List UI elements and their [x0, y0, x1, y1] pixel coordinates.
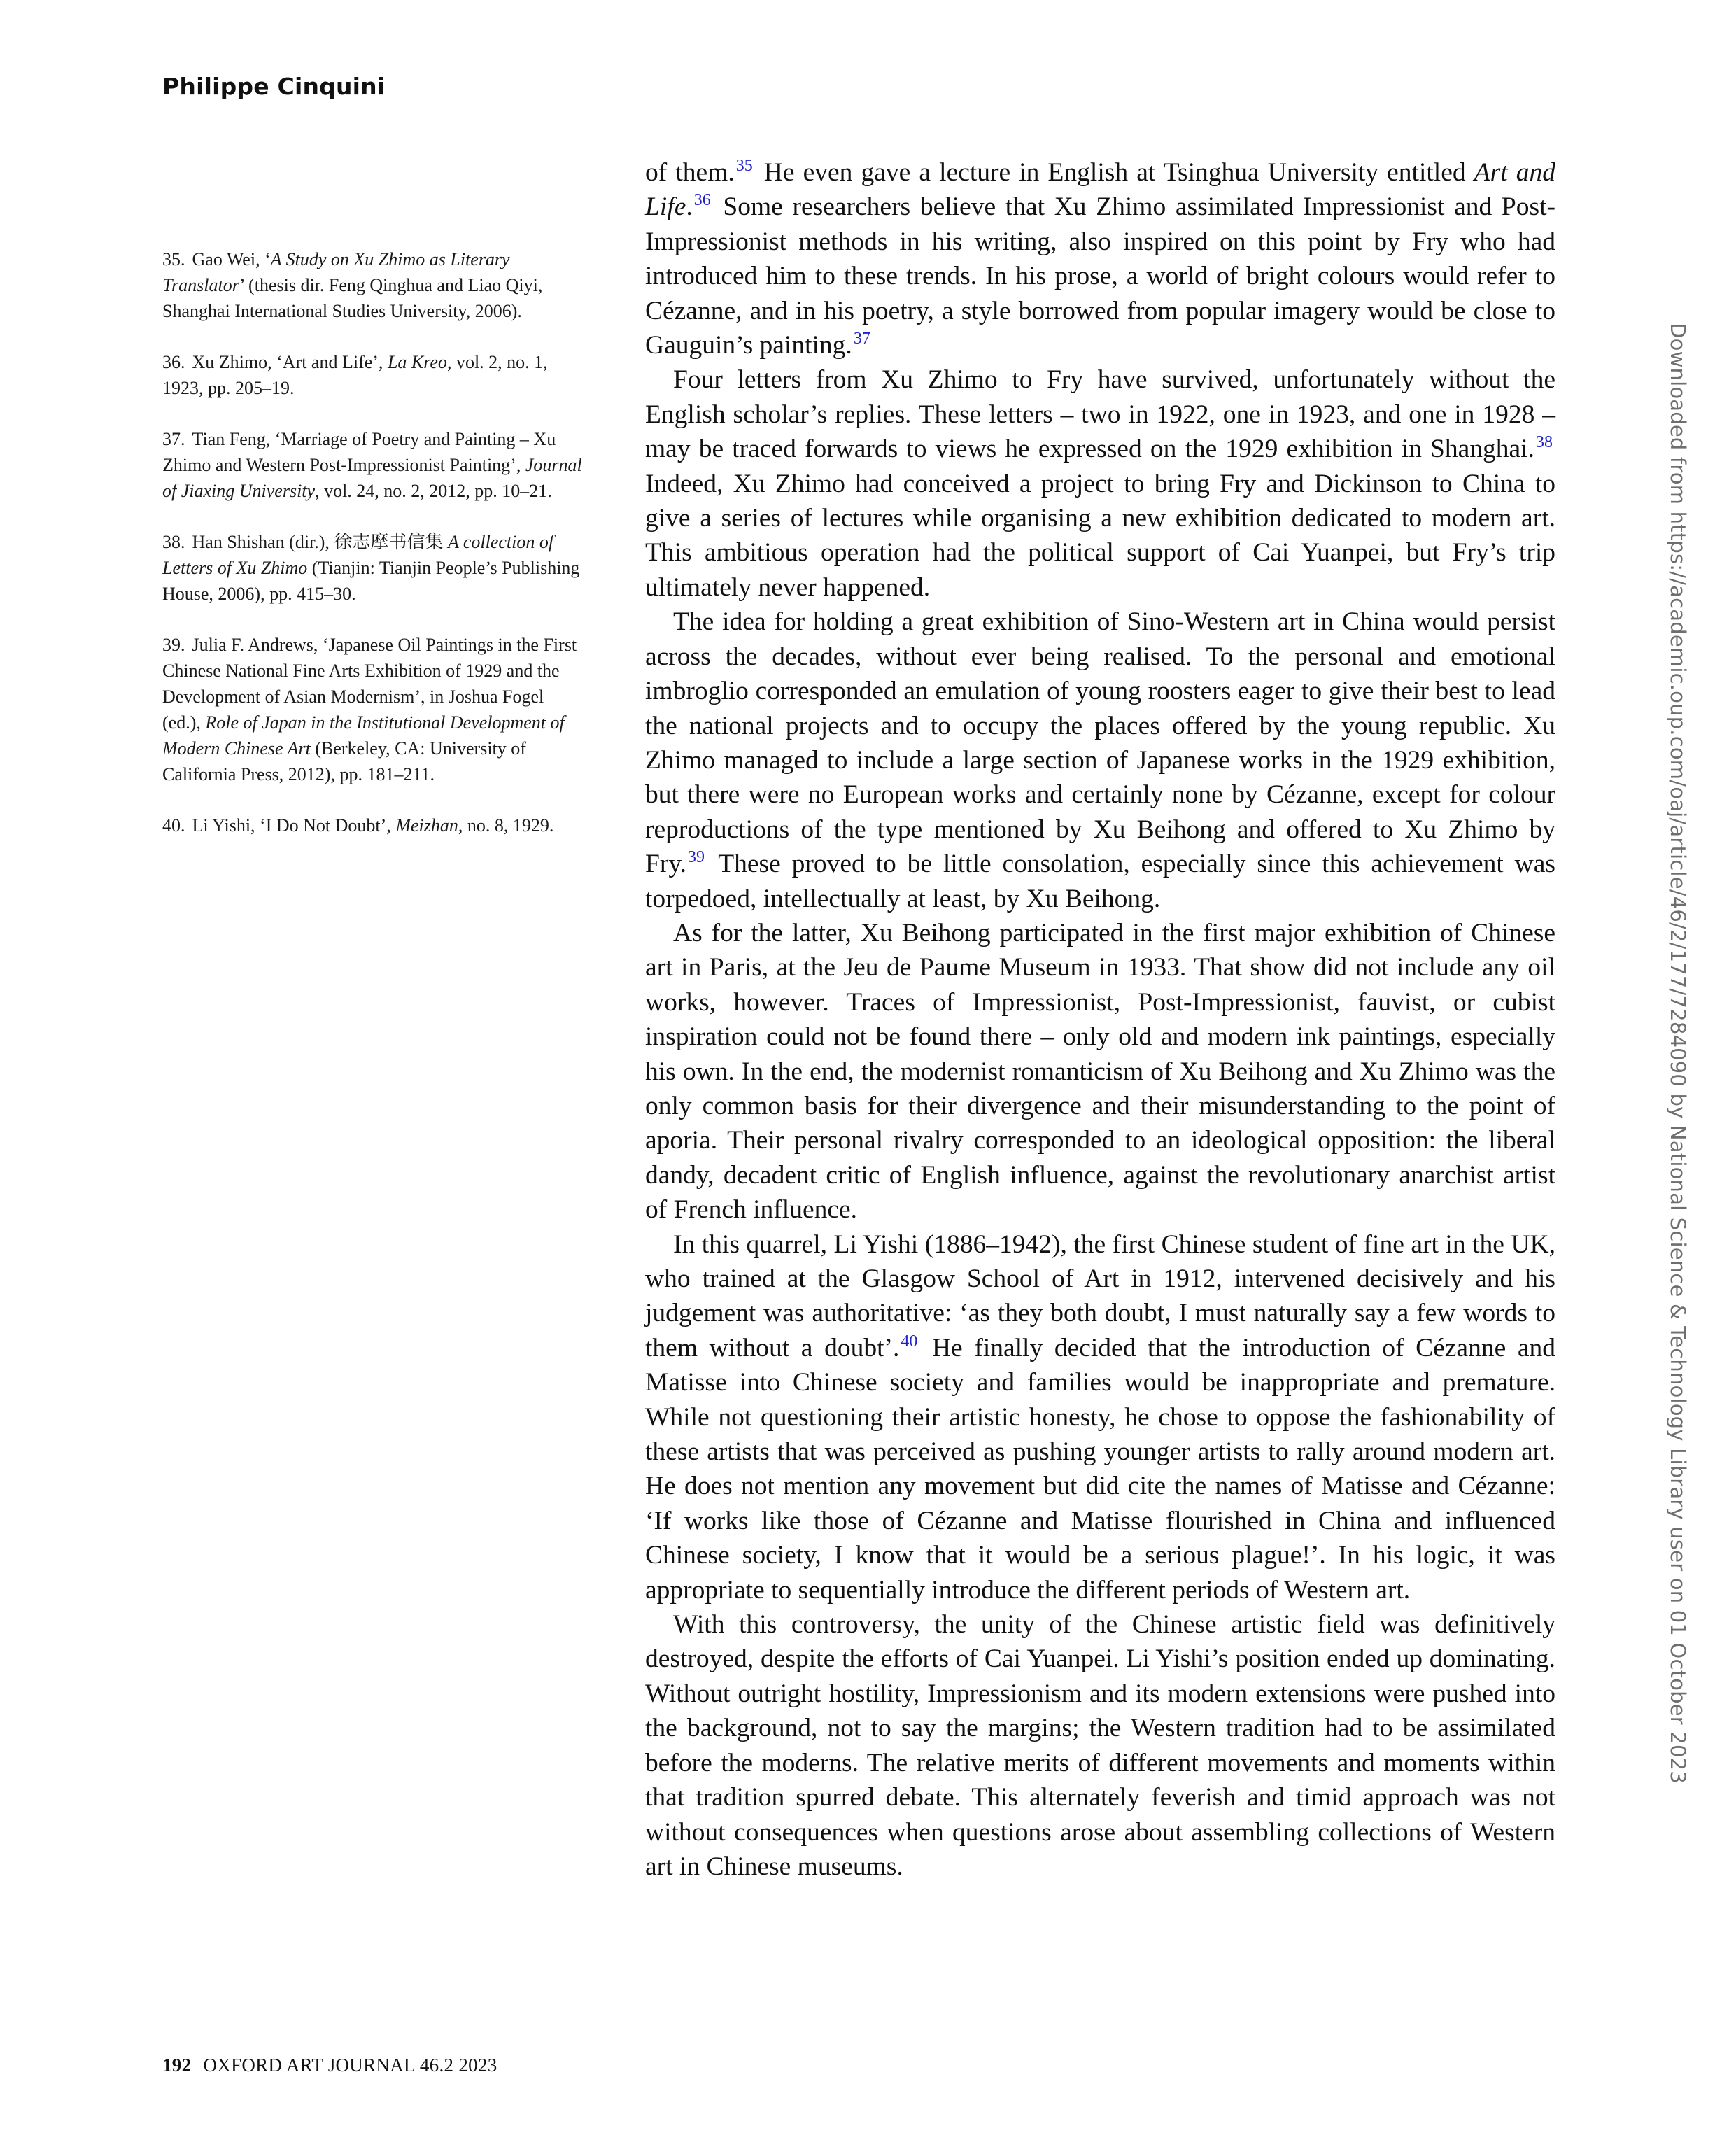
running-head-author: Philippe Cinquini — [162, 73, 385, 100]
text-run: Xu Zhimo, ‘Art and Life’, — [192, 352, 388, 372]
italic-title: Meizhan — [395, 815, 458, 836]
text-run: Tian Feng, ‘Marriage of Poetry and Paint… — [162, 429, 556, 475]
text-run: He finally decided that the introduction… — [645, 1334, 1555, 1605]
footnote-37: 37.Tian Feng, ‘Marriage of Poetry and Pa… — [162, 426, 582, 504]
main-text-column: of them.35 He even gave a lecture in Eng… — [645, 155, 1555, 1884]
text-run: of them. — [645, 158, 735, 187]
footnote-number: 38. — [162, 532, 185, 552]
footnote-number: 35. — [162, 249, 185, 269]
footnote-36: 36.Xu Zhimo, ‘Art and Life’, La Kreo, vo… — [162, 349, 582, 401]
footnote-reference-link[interactable]: 39 — [688, 848, 705, 866]
text-run: Some researchers believe that Xu Zhimo a… — [645, 192, 1555, 360]
text-run: Four letters from Xu Zhimo to Fry have s… — [645, 365, 1555, 463]
footnote-reference-link[interactable]: 35 — [736, 157, 753, 175]
footnote-38: 38.Han Shishan (dir.), 徐志摩书信集 A collecti… — [162, 529, 582, 607]
footnote-reference-link[interactable]: 38 — [1536, 433, 1553, 451]
footnote-reference-link[interactable]: 37 — [854, 330, 870, 348]
italic-title: La Kreo — [388, 352, 447, 372]
body-paragraph: of them.35 He even gave a lecture in Eng… — [645, 155, 1555, 362]
download-watermark: Downloaded from https://academic.oup.com… — [1666, 323, 1690, 1784]
text-run: , vol. 24, no. 2, 2012, pp. 10–21. — [315, 481, 552, 501]
text-run: These proved to be little consolation, e… — [645, 850, 1555, 913]
body-paragraph: In this quarrel, Li Yishi (1886–1942), t… — [645, 1227, 1555, 1607]
text-run: . — [686, 192, 692, 221]
footnote-reference-link[interactable]: 36 — [694, 191, 711, 209]
text-run: Gao Wei, ‘ — [192, 249, 271, 269]
footnote-40: 40.Li Yishi, ‘I Do Not Doubt’, Meizhan, … — [162, 812, 582, 838]
page-footer: 192 OXFORD ART JOURNAL 46.2 2023 — [162, 2055, 497, 2076]
body-paragraph: Four letters from Xu Zhimo to Fry have s… — [645, 362, 1555, 605]
footnote-number: 36. — [162, 352, 185, 372]
footnote-number: 37. — [162, 429, 185, 449]
text-run: Indeed, Xu Zhimo had conceived a project… — [645, 470, 1555, 602]
body-paragraph: As for the latter, Xu Beihong participat… — [645, 916, 1555, 1227]
body-paragraph: The idea for holding a great exhibition … — [645, 605, 1555, 916]
text-run: With this controversy, the unity of the … — [645, 1610, 1555, 1881]
text-run: , no. 8, 1929. — [458, 815, 554, 836]
text-run: As for the latter, Xu Beihong participat… — [645, 919, 1555, 1224]
footnote-number: 39. — [162, 635, 185, 655]
text-run: Han Shishan (dir.), 徐志摩书信集 — [192, 532, 448, 552]
footnotes-column: 35.Gao Wei, ‘A Study on Xu Zhimo as Lite… — [162, 246, 582, 864]
footnote-reference-link[interactable]: 40 — [901, 1332, 917, 1351]
text-run: He even gave a lecture in English at Tsi… — [756, 158, 1474, 187]
text-run: Li Yishi, ‘I Do Not Doubt’, — [192, 815, 396, 836]
text-run: The idea for holding a great exhibition … — [645, 607, 1555, 878]
footnote-39: 39.Julia F. Andrews, ‘Japanese Oil Paint… — [162, 632, 582, 787]
page-number: 192 — [162, 2055, 191, 2076]
footnote-number: 40. — [162, 815, 185, 836]
journal-citation: OXFORD ART JOURNAL 46.2 2023 — [203, 2055, 497, 2076]
footnote-35: 35.Gao Wei, ‘A Study on Xu Zhimo as Lite… — [162, 246, 582, 324]
body-paragraph: With this controversy, the unity of the … — [645, 1607, 1555, 1884]
